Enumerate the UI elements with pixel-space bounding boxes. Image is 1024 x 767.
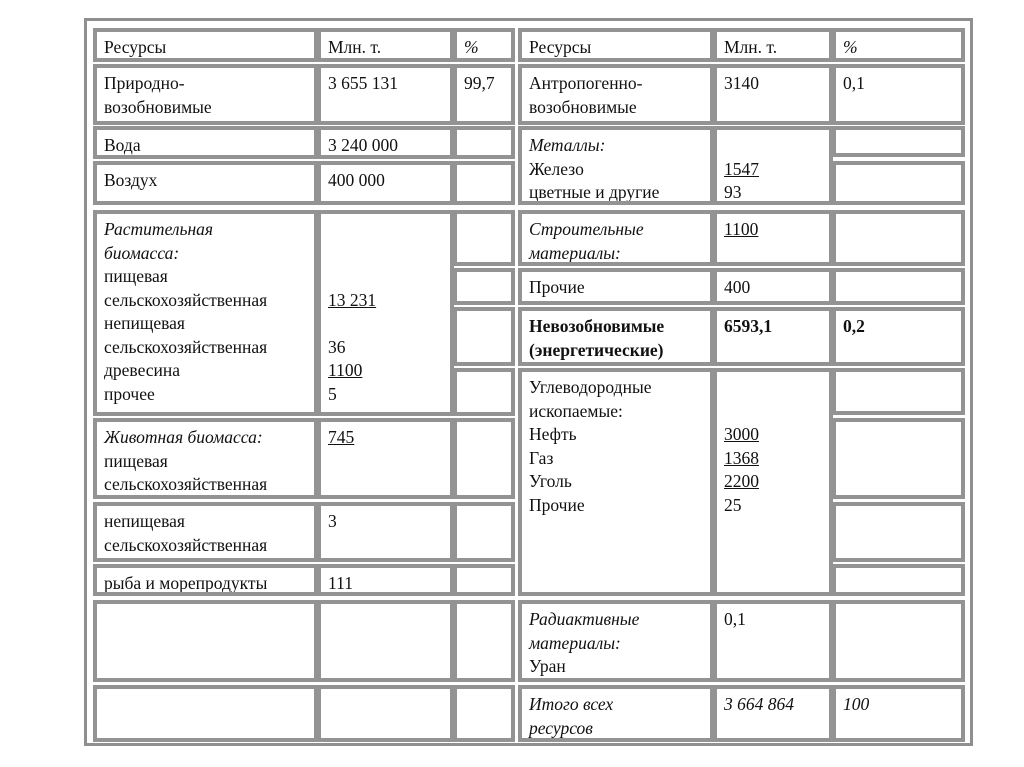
header-label: Ресурсы [104,37,166,57]
empty-cell [93,600,318,682]
air-value: 400 000 [317,161,454,205]
empty-cell [453,685,515,742]
plant-biomass-name: Растительная биомасса: пищевая сельскохо… [93,210,318,416]
metals-percent-a [832,126,965,157]
construction-percent [832,210,965,266]
fish-percent [453,564,515,596]
other-percent [832,268,965,305]
water-percent [453,126,515,159]
hydrocarbons-name: Углеводородные ископаемые: Нефть Газ Уго… [518,368,714,596]
radioactive-value: 0,1 [713,600,833,682]
empty-cell [317,685,454,742]
construction-name: Строительные материалы: [518,210,714,266]
plant-biomass-percent-b [453,268,515,305]
animal-biomass-percent [453,418,515,499]
header-mln-right: Млн. т. [713,28,833,62]
animal-biomass-name: Животная биомасса: пищевая сельскохозяйс… [93,418,318,499]
air-name: Воздух [93,161,318,205]
header-resources-left: Ресурсы [93,28,318,62]
total-value: 3 664 864 [713,685,833,742]
empty-cell [317,600,454,682]
metals-percent-b [832,161,965,205]
air-percent [453,161,515,205]
header-label: Ресурсы [529,37,591,57]
header-percent-left: % [453,28,515,62]
water-value: 3 240 000 [317,126,454,159]
animal-biomass-value: 745 [317,418,454,499]
header-label: Млн. т. [328,37,381,57]
anthropogenic-renewable-name: Антропогенно- возобновимые [518,64,714,125]
header-label: % [464,37,479,57]
anthropogenic-renewable-percent: 0,1 [832,64,965,125]
water-name: Вода [93,126,318,159]
fish-value: 111 [317,564,454,596]
header-label: % [843,37,858,57]
empty-cell [453,600,515,682]
radioactive-percent [832,600,965,682]
plant-biomass-percent-d [453,368,515,416]
hydrocarbons-value: 3000 1368 2200 25 [713,368,833,596]
plant-biomass-value: 13 231 36 1100 5 [317,210,454,416]
header-label: Млн. т. [724,37,777,57]
hydrocarbons-percent-a [832,368,965,415]
fish-name: рыба и морепродукты [93,564,318,596]
nonfood-agri-name: непищевая сельскохозяйственная [93,502,318,562]
radioactive-name: Радиактивные материалы: Уран [518,600,714,682]
total-percent: 100 [832,685,965,742]
nonrenewable-name: Невозобновимые (энергетические) [518,307,714,366]
hydrocarbons-percent-c [832,502,965,562]
empty-cell [93,685,318,742]
metals-value: 1547 93 [713,126,833,205]
header-resources-right: Ресурсы [518,28,714,62]
plant-biomass-percent-c [453,307,515,366]
metals-name: Металлы: Железо цветные и другие [518,126,714,205]
nonfood-agri-percent [453,502,515,562]
natural-renewable-name: Природно- возобновимые [93,64,318,125]
construction-value: 1100 [713,210,833,266]
nonrenewable-percent: 0,2 [832,307,965,366]
anthropogenic-renewable-value: 3140 [713,64,833,125]
natural-renewable-percent: 99,7 [453,64,515,125]
total-name: Итого всех ресурсов [518,685,714,742]
other-value: 400 [713,268,833,305]
hydrocarbons-percent-d [832,564,965,596]
natural-renewable-value: 3 655 131 [317,64,454,125]
other-name: Прочие [518,268,714,305]
nonfood-agri-value: 3 [317,502,454,562]
hydrocarbons-percent-b [832,418,965,499]
plant-biomass-percent-a [453,210,515,266]
header-percent-right: % [832,28,965,62]
header-mln-left: Млн. т. [317,28,454,62]
nonrenewable-value: 6593,1 [713,307,833,366]
